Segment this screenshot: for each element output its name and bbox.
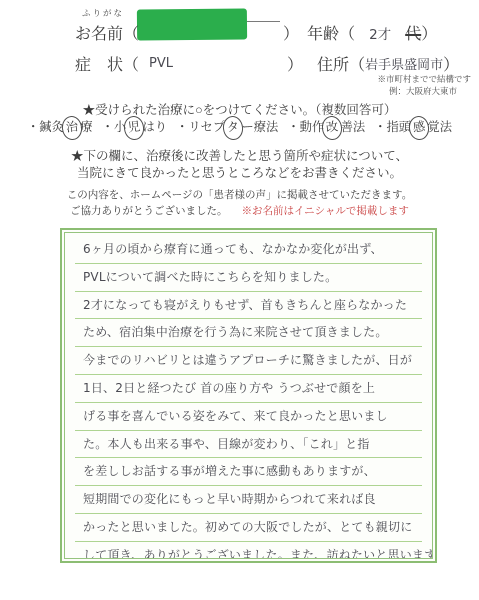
- testimonial-line: 2才になっても寝がえりもせず、首もきちんと座らなかった: [75, 292, 422, 320]
- write-prompt-line2: 当院にきて良かったと思うところなどをお書きください。: [0, 163, 479, 181]
- symptom-close-paren: ）: [287, 52, 303, 75]
- name-open-paren: （: [123, 21, 139, 44]
- testimonial-line: 6ヶ月の頃から療育に通っても、なかなか変化が出ず、: [75, 236, 422, 264]
- address-note: ※市町村までで結構です 例：大阪府大東市: [261, 73, 471, 97]
- treatment-item-receptor: ・リセプター療法: [176, 118, 278, 137]
- testimonial-line: 1日、2日と経つたび 首の座り方や うつぶせで顔を上: [75, 375, 422, 403]
- treatment-options-list: ・鍼灸治療 ・小児はり ・リセプター療法 ・動作改善法 ・指頭感覚法: [0, 118, 479, 137]
- testimonial-line: して頂き、ありがとうございました。また、訪ねたいと思います。: [75, 542, 422, 559]
- treatment-text: はり: [142, 120, 167, 134]
- testimonial-line: た。本人も出来る事や、目線が変わり、「これ」と指: [75, 431, 422, 459]
- treatment-item-shitou: ・指頭感覚法: [374, 118, 452, 137]
- hand-drawn-circle-mark: タ: [222, 115, 245, 141]
- symptom-label: 症 状: [75, 52, 123, 75]
- treatment-text: ・リセプ: [176, 120, 225, 134]
- thanks-text: ご協力ありがとうございました。: [70, 205, 228, 217]
- write-prompt-line1: ★下の欄に、治療後に改善したと思う箇所や症状について、: [0, 146, 479, 164]
- symptom-open-paren: （: [123, 52, 139, 75]
- treatment-text: ・小: [102, 120, 127, 134]
- address-value: 岩手県盛岡市: [365, 54, 443, 73]
- treatment-text: ・鍼灸: [27, 120, 64, 134]
- testimonial-line: PVLについて調べた時にこちらを知りました。: [75, 264, 422, 292]
- testimonial-line: かったと思いました。初めての大阪でしたが、とても親切に: [75, 514, 422, 542]
- testimonial-line: 今までのリハビリとは違うアプローチに驚きましたが、日が: [75, 347, 422, 375]
- testimonial-line: ため、宿泊集中治療を行う為に来院させて頂きました。: [75, 319, 422, 347]
- testimonial-line: げる事を喜んでいる姿をみて、来て良かったと思いまし: [75, 403, 422, 431]
- age-value: 2才: [369, 23, 391, 43]
- hand-drawn-circle-mark: 治: [61, 115, 84, 141]
- name-age-row: お名前（）年齢（2才代）: [75, 21, 437, 44]
- testimonial-line: 短期間での変化にもっと早い時期からつれて来れば良: [75, 486, 422, 514]
- treatment-item-dousa: ・動作改善法: [287, 118, 365, 137]
- treatment-text: ー療法: [241, 120, 278, 134]
- furigana-label: ふりがな: [82, 7, 124, 19]
- symptom-value: PVL: [139, 56, 287, 71]
- address-open-paren: （: [349, 52, 365, 75]
- treatment-text: 覚法: [427, 120, 452, 134]
- testimonial-line: を差ししお話する事が増えた事に感動もありますが、: [75, 458, 422, 486]
- age-close-paren: ）: [421, 21, 437, 44]
- treatment-text: ・動作: [287, 120, 324, 134]
- hand-drawn-circle-mark: 感: [408, 115, 431, 141]
- treatment-text: 善法: [341, 120, 366, 134]
- name-label: お名前: [75, 21, 123, 44]
- thanks-line: ご協力ありがとうございました。※お名前はイニシャルで掲載します: [0, 203, 479, 218]
- initials-note: ※お名前はイニシャルで掲載します: [242, 205, 409, 217]
- testimonial-ruled-area: 6ヶ月の頃から療育に通っても、なかなか変化が出ず、 PVLについて調べた時にこち…: [64, 232, 433, 559]
- treatment-item-shonihari: ・小児はり: [102, 118, 168, 137]
- address-note-line1: ※市町村までで結構です: [261, 73, 471, 85]
- hand-drawn-circle-mark: 改: [321, 115, 344, 141]
- scanned-questionnaire: { "colors": { "redaction_green": "#2bae4…: [0, 0, 479, 600]
- treatment-text: ・指頭: [374, 120, 411, 134]
- age-open-paren: （: [339, 21, 355, 44]
- treatment-item-shinkyu: ・鍼灸治療: [27, 118, 93, 137]
- hand-drawn-circle-mark: 児: [123, 115, 146, 141]
- age-unit-struck: 代: [405, 21, 421, 44]
- address-note-line2: 例：大阪府大東市: [261, 85, 471, 97]
- address-close-paren: ）: [443, 52, 459, 75]
- address-label: 住所: [317, 52, 349, 75]
- testimonial-box: 6ヶ月の頃から療育に通っても、なかなか変化が出ず、 PVLについて調べた時にこち…: [60, 228, 437, 563]
- publish-note: この内容を、ホームページの「患者様の声」に掲載させていただきます。: [0, 187, 479, 202]
- symptom-address-row: 症 状（PVL）住所（岩手県盛岡市）: [75, 52, 459, 75]
- age-label: 年齢: [307, 21, 339, 44]
- name-close-paren: ）: [283, 21, 299, 44]
